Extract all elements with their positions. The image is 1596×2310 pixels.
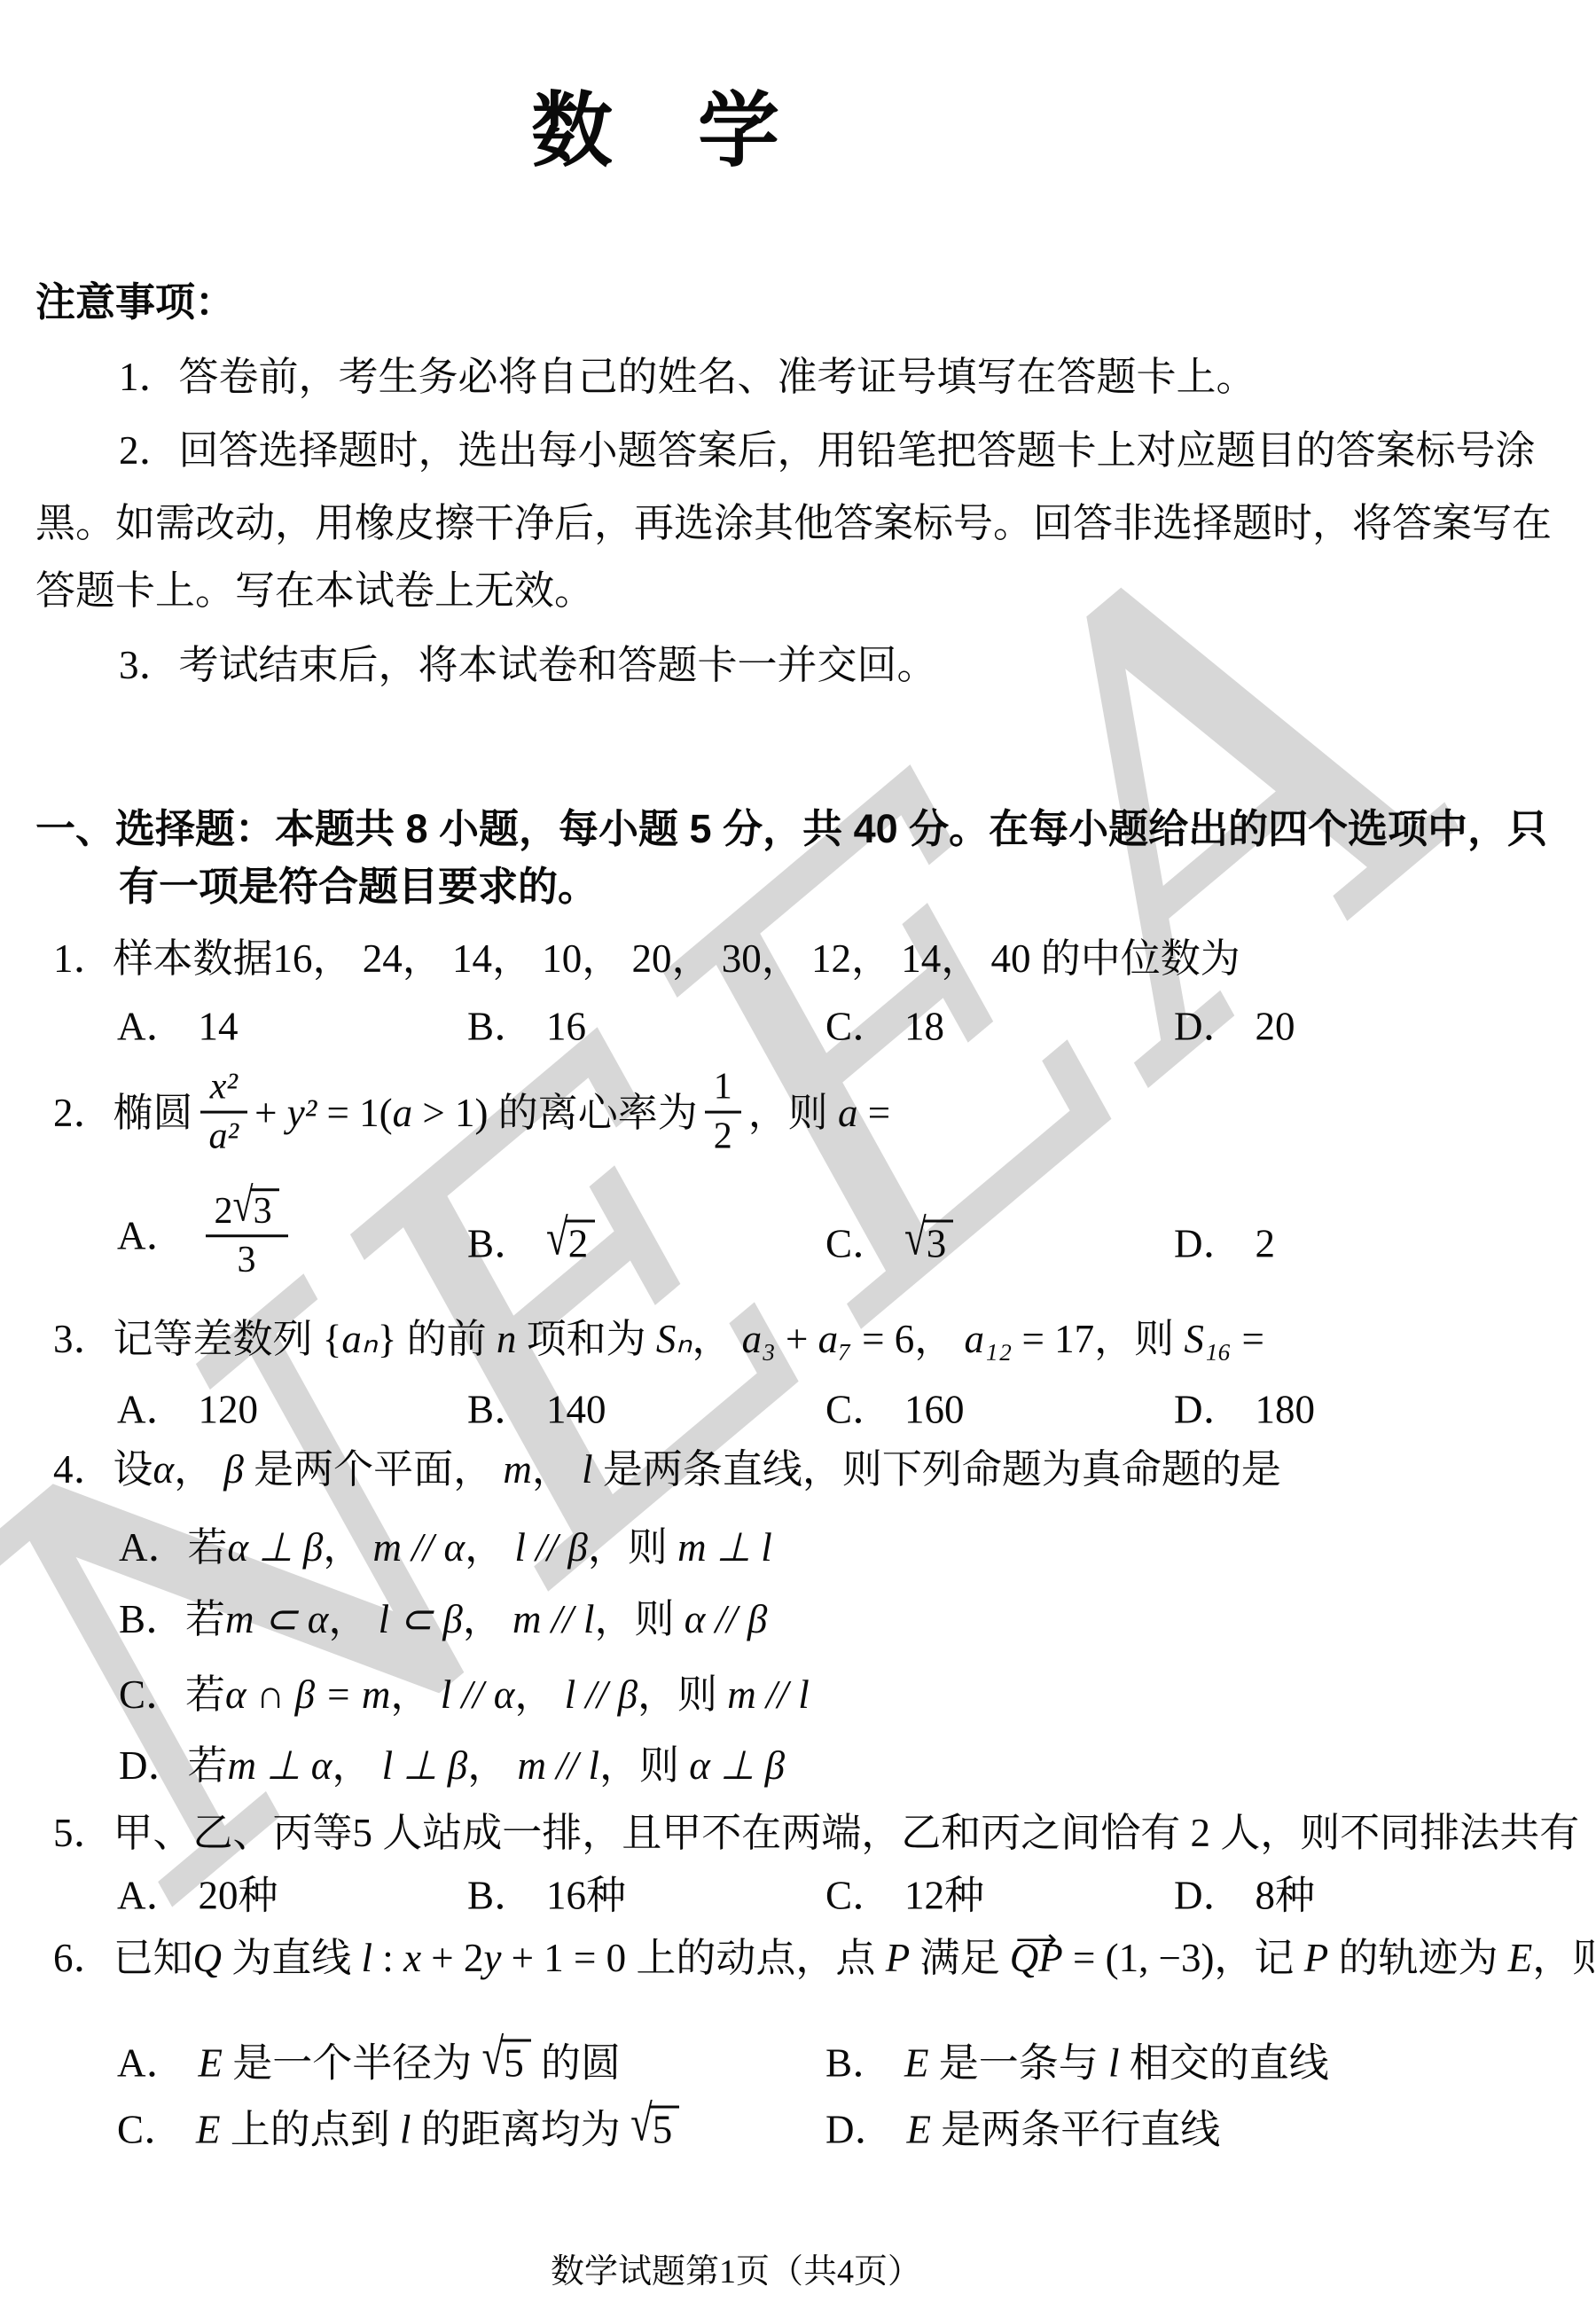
option-B: B．√2	[467, 1211, 595, 1269]
option-D: D．20	[1174, 994, 1295, 1052]
option-label: C．	[825, 1388, 892, 1432]
option-label: C．	[825, 1005, 892, 1049]
option-B: B．16	[467, 994, 586, 1052]
option-value: E 是两条平行直线	[907, 2108, 1221, 2152]
question-6-options-row-2: C．E 上的点到 l 的距离均为 √5D．E 是两条平行直线	[0, 2100, 1596, 2151]
option-C: C．12种	[825, 1863, 984, 1921]
notes-heading: 注意事项：	[35, 277, 235, 328]
note-item-2-line-3: 答题卡上。写在本试卷上无效。	[35, 565, 594, 616]
option-label: C．	[117, 2108, 184, 2152]
option-value: 160	[904, 1388, 965, 1432]
option-A: A．20种	[117, 1863, 278, 1921]
option-label: A．	[117, 1005, 186, 1049]
question-4-stem: 4．设α， β 是两个平面， m， l 是两条直线，则下列命题为真命题的是	[53, 1444, 1281, 1495]
fraction: x²a²	[200, 1068, 248, 1157]
vector-overline: QP	[1010, 1932, 1063, 1984]
option-value: 16	[546, 1005, 586, 1049]
option-C: C．√3	[825, 1211, 953, 1269]
option-label: C．	[825, 1874, 892, 1918]
option-label: D．	[825, 2108, 895, 2152]
option-A: A．14	[117, 994, 239, 1052]
option-C: C．18	[825, 994, 944, 1052]
option-A: A．E 是一个半径为 √5 的圆	[117, 2031, 621, 2088]
question-1-stem: 1．样本数据16， 24， 14， 10， 20， 30， 12， 14， 40…	[53, 933, 1240, 984]
option-value: 18	[904, 1005, 944, 1049]
option-D: D．2	[1174, 1211, 1275, 1269]
option-value: 2√33	[199, 1213, 295, 1257]
option-B: B．E 是一条与 l 相交的直线	[825, 2031, 1329, 2088]
option-label: B．	[467, 1388, 534, 1432]
note-item-3: 3．考试结束后，将本试卷和答题卡一并交回。	[119, 639, 937, 691]
fraction: 2√33	[206, 1188, 288, 1281]
section-header-line-1: 一、选择题：本题共 8 小题，每小题 5 分，共 40 分。在每小题给出的四个选…	[35, 803, 1547, 855]
question-6-stem: 6．已知Q 为直线 l : x + 2y + 1 = 0 上的动点，点 P 满足…	[53, 1932, 1596, 1984]
option-value: 2	[1256, 1222, 1276, 1266]
option-label: A．	[117, 1213, 186, 1257]
square-root: √2	[546, 1222, 595, 1266]
option-value: 20种	[199, 1874, 278, 1918]
option-value: 12种	[904, 1874, 984, 1918]
option-value: 120	[199, 1388, 259, 1432]
option-value: E 是一条与 l 相交的直线	[904, 2041, 1329, 2086]
option-label: A．	[117, 1874, 186, 1918]
option-label: D．	[1174, 1388, 1243, 1432]
square-root: √5	[482, 2041, 531, 2086]
note-item-2-line-2: 黑。如需改动，用橡皮擦干净后，再选涂其他答案标号。回答非选择题时，将答案写在	[35, 497, 1552, 549]
exam-title: 数 学	[0, 82, 1312, 181]
option-value: 180	[1256, 1388, 1316, 1432]
option-value: 140	[546, 1388, 606, 1432]
question-4-option-a: A．若α ⊥ β， m // α， l // β，则 m ⊥ l	[119, 1522, 772, 1573]
question-4-option-b: B．若m ⊂ α， l ⊂ β， m // l，则 α // β	[119, 1594, 767, 1645]
option-D: D．8种	[1174, 1863, 1315, 1921]
note-item-2-line-1: 2．回答选择题时，选出每小题答案后，用铅笔把答题卡上对应题目的答案标号涂	[119, 425, 1536, 476]
option-D: D．180	[1174, 1377, 1315, 1435]
option-label: C．	[825, 1222, 892, 1266]
option-B: B．16种	[467, 1863, 626, 1921]
option-value: E 上的点到 l 的距离均为 √5	[196, 2108, 679, 2152]
note-item-1: 1．答卷前，考生务必将自己的姓名、准考证号填写在答题卡上。	[119, 351, 1256, 403]
option-C: C．160	[825, 1377, 965, 1435]
page-footer: 数学试题第1页（共4页）	[0, 2251, 1472, 2293]
option-label: A．	[117, 2041, 186, 2086]
option-B: B．140	[467, 1377, 606, 1435]
question-1-options: A．14B．16C．18D．20	[0, 997, 1596, 1048]
option-value: 20	[1256, 1005, 1295, 1049]
question-6-options-row-1: A．E 是一个半径为 √5 的圆B．E 是一条与 l 相交的直线	[0, 2033, 1596, 2085]
question-5-stem: 5．甲、乙、丙等5 人站成一排，且甲不在两端，乙和丙之间恰有 2 人，则不同排法…	[53, 1807, 1579, 1859]
option-A: A．2√33	[117, 1194, 295, 1287]
square-root: √3	[233, 1191, 279, 1232]
option-C: C．E 上的点到 l 的距离均为 √5	[117, 2097, 679, 2155]
square-root: √5	[630, 2108, 679, 2152]
option-value: 14	[199, 1005, 239, 1049]
option-label: B．	[467, 1222, 534, 1266]
question-2-stem: 2．椭圆x²a²+ y² = 1(a > 1) 的离心率为12，则 a =	[53, 1051, 890, 1175]
option-label: D．	[1174, 1005, 1243, 1049]
option-label: B．	[467, 1005, 534, 1049]
option-label: B．	[467, 1874, 534, 1918]
question-3-stem: 3．记等差数列 {aₙ} 的前 n 项和为 Sₙ， a₃ + a₇ = 6， a…	[53, 1313, 1264, 1365]
question-2-options: A．2√33B．√2C．√3D．2	[0, 1173, 1596, 1306]
option-label: D．	[1174, 1222, 1243, 1266]
option-D: D．E 是两条平行直线	[825, 2097, 1220, 2155]
option-value: 8种	[1256, 1874, 1316, 1918]
fraction: 12	[705, 1068, 741, 1157]
option-label: A．	[117, 1388, 186, 1432]
question-4-option-d: D．若m ⊥ α， l ⊥ β， m // l，则 α ⊥ β	[119, 1740, 785, 1791]
question-5-options: A．20种B．16种C．12种D．8种	[0, 1866, 1596, 1917]
option-label: D．	[1174, 1874, 1243, 1918]
option-label: B．	[825, 2041, 892, 2086]
option-value: E 是一个半径为 √5 的圆	[199, 2041, 621, 2086]
square-root: √3	[904, 1222, 953, 1266]
option-value: 16种	[546, 1874, 626, 1918]
question-4-option-c: C．若α ∩ β = m， l // α， l // β，则 m // l	[119, 1669, 810, 1720]
exam-page: NEEA 数 学 注意事项： 1．答卷前，考生务必将自己的姓名、准考证号填写在答…	[0, 0, 1596, 2310]
question-3-options: A．120B．140C．160D．180	[0, 1380, 1596, 1431]
option-A: A．120	[117, 1377, 258, 1435]
section-header-line-2: 有一项是符合题目要求的。	[119, 861, 598, 912]
option-value: √3	[904, 1222, 953, 1266]
option-value: √2	[546, 1222, 595, 1266]
